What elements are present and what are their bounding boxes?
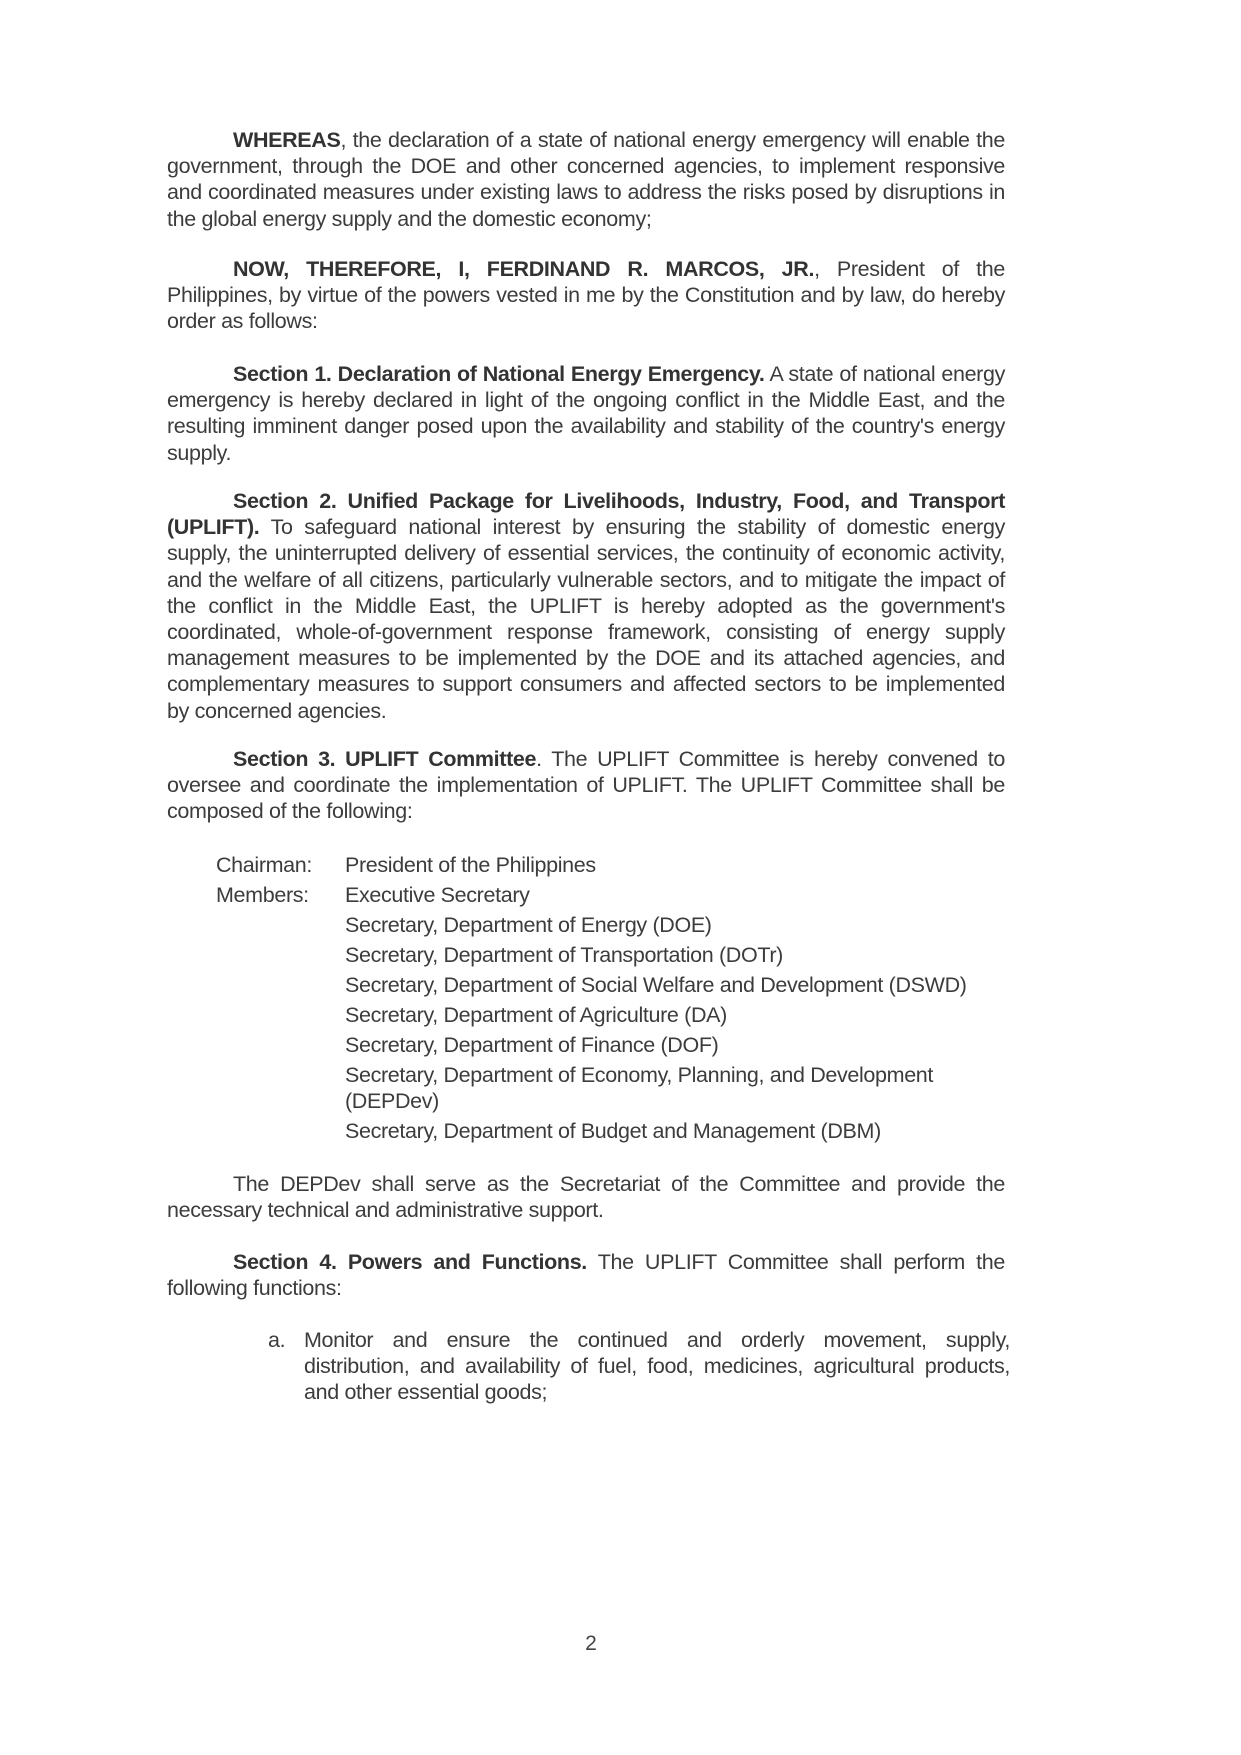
section-2: Section 2. Unified Package for Livelihoo…: [167, 488, 1005, 724]
secretariat-text: The DEPDev shall serve as the Secretaria…: [167, 1172, 1005, 1222]
member-item: Secretary, Department of Energy (DOE): [345, 910, 1046, 940]
members-row: Members: Executive Secretary Secretary, …: [216, 880, 1046, 1146]
chairman-value: President of the Philippines: [345, 850, 1046, 880]
section-3-heading: Section 3. UPLIFT Committee: [233, 747, 536, 771]
whereas-clause: WHEREAS, the declaration of a state of n…: [167, 127, 1005, 232]
members-label: Members:: [216, 880, 345, 1146]
member-item: Secretary, Department of Budget and Mana…: [345, 1116, 1046, 1146]
section-1-heading: Section 1. Declaration of National Energ…: [233, 362, 765, 386]
chairman-row: Chairman: President of the Philippines: [216, 850, 1046, 880]
member-item: Secretary, Department of Agriculture (DA…: [345, 1000, 1046, 1030]
section-1: Section 1. Declaration of National Energ…: [167, 361, 1005, 466]
member-item: Secretary, Department of Transportation …: [345, 940, 1046, 970]
member-item: Executive Secretary: [345, 880, 1046, 910]
section-3: Section 3. UPLIFT Committee. The UPLIFT …: [167, 746, 1005, 825]
whereas-lead: WHEREAS: [233, 128, 340, 152]
now-therefore-lead: NOW, THEREFORE, I, FERDINAND R. MARCOS, …: [233, 257, 814, 281]
section-4-heading: Section 4. Powers and Functions.: [233, 1250, 587, 1274]
function-item: a. Monitor and ensure the continued and …: [268, 1327, 1010, 1406]
member-item: Secretary, Department of Social Welfare …: [345, 970, 1046, 1000]
member-item: Secretary, Department of Finance (DOF): [345, 1030, 1046, 1060]
function-text: Monitor and ensure the continued and ord…: [304, 1327, 1010, 1406]
committee-composition: Chairman: President of the Philippines M…: [216, 850, 1046, 1146]
section-2-text: To safeguard national interest by ensuri…: [167, 515, 1005, 722]
document-page: WHEREAS, the declaration of a state of n…: [0, 0, 1241, 1755]
secretariat-paragraph: The DEPDev shall serve as the Secretaria…: [167, 1171, 1005, 1223]
chairman-label: Chairman:: [216, 850, 345, 880]
page-number: 2: [0, 1632, 1182, 1656]
members-list: Executive Secretary Secretary, Departmen…: [345, 880, 1046, 1146]
now-therefore-clause: NOW, THEREFORE, I, FERDINAND R. MARCOS, …: [167, 256, 1005, 335]
section-4: Section 4. Powers and Functions. The UPL…: [167, 1249, 1005, 1301]
function-letter: a.: [268, 1327, 304, 1406]
member-item: Secretary, Department of Economy, Planni…: [345, 1060, 985, 1116]
